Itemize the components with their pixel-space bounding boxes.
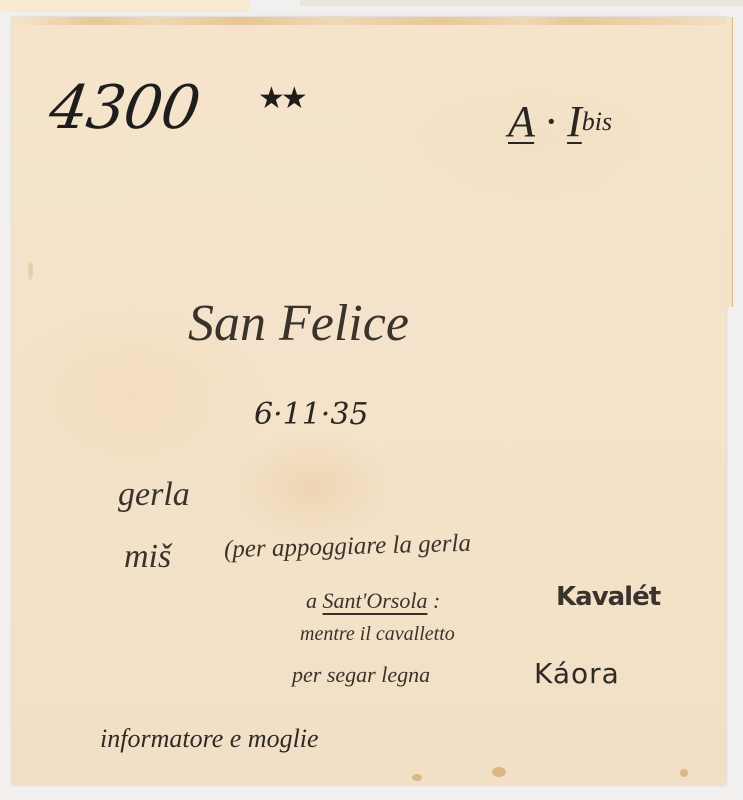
mount-backing-strip: [0, 0, 250, 12]
note-prefix: a: [306, 588, 317, 613]
foxing-spot: [680, 769, 688, 777]
section-suffix: bis: [582, 107, 612, 136]
place-name: San Felice: [188, 298, 409, 350]
entry-note-mis: (per appoggiare la gerla: [224, 531, 472, 562]
section-letter: A: [508, 97, 534, 146]
note-separator: :: [433, 588, 440, 613]
note-place: Sant'Orsola: [323, 588, 428, 613]
section-code: A · Ibis: [508, 100, 612, 144]
phonetic-form-kaora: Káora: [534, 660, 620, 688]
catalog-number: 4300: [46, 78, 203, 138]
note-line-cavalletto: mentre il cavalletto: [300, 624, 455, 644]
entry-term-mis: miš: [124, 540, 171, 574]
foxing-spot: [492, 767, 506, 777]
foxing-spot: [412, 774, 422, 781]
record-date: 6·11·35: [254, 400, 369, 430]
note-line-place: a Sant'Orsola :: [306, 590, 440, 612]
catalog-star-marks: ★★: [258, 84, 304, 114]
note-line-segar-legna: per segar legna: [292, 664, 430, 686]
folded-right-edge: [726, 17, 733, 307]
informant-note: informatore e moglie: [100, 726, 319, 752]
foxing-spot: [28, 262, 33, 280]
top-edge-stain: [12, 17, 726, 25]
mount-backing-strip-right: [300, 0, 743, 6]
section-separator: ·: [545, 97, 556, 146]
section-numeral: I: [567, 97, 582, 146]
entry-term-gerla: gerla: [118, 478, 190, 512]
phonetic-form-kavalet: Kavalét: [556, 584, 660, 610]
